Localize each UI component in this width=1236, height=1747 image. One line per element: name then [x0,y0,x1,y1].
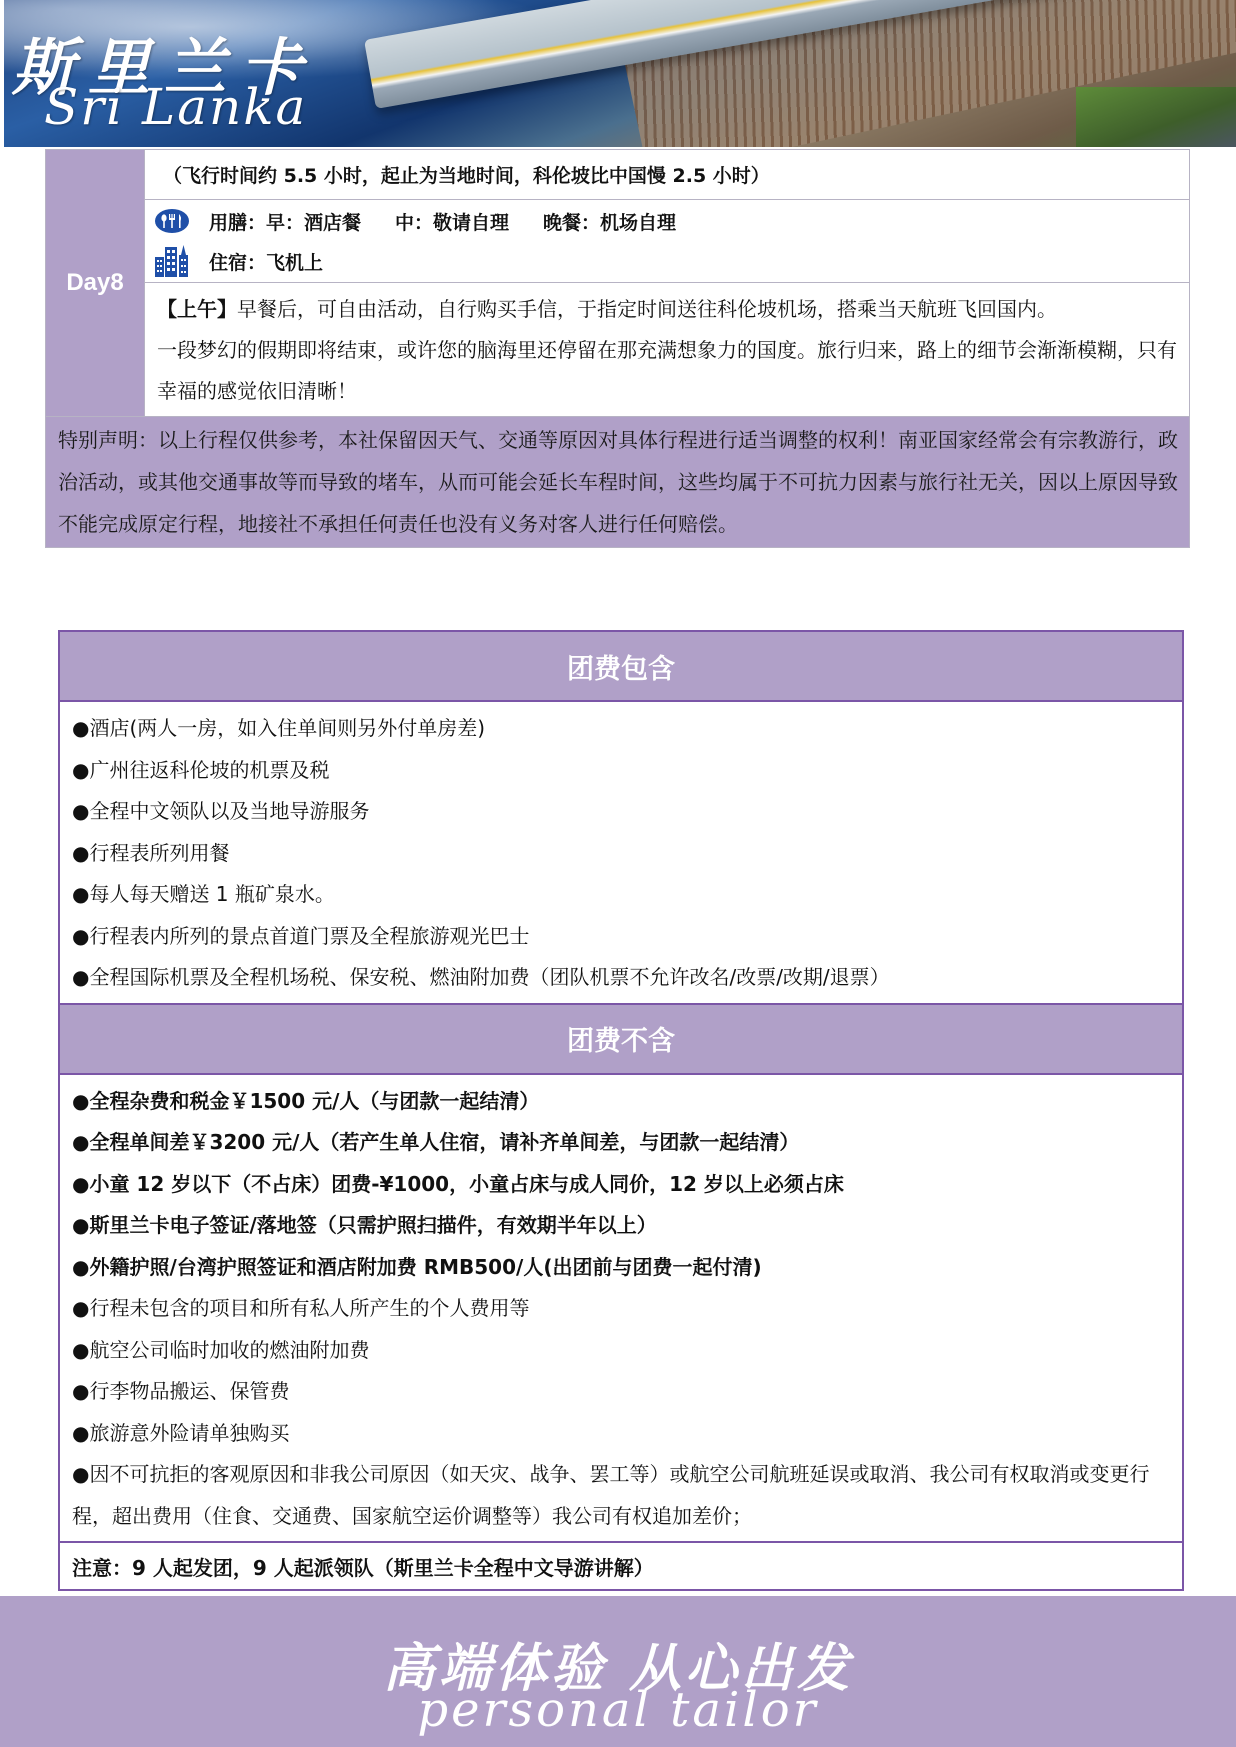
excluded-item: ●外籍护照/台湾护照签证和酒店附加费 RMB500/人(出团前与团费一起付清) [72,1247,1170,1289]
morning-tag: 【上午】 [157,297,237,321]
grass-decoration [1076,87,1236,147]
excluded-item: ●斯里兰卡电子签证/落地签（只需护照扫描件，有效期半年以上） [72,1205,1170,1247]
included-item: ●行程表内所列的景点首道门票及全程旅游观光巴士 [72,916,1170,958]
excluded-item: ●行程未包含的项目和所有私人所产生的个人费用等 [72,1288,1170,1330]
banner-title-en: Sri Lanka [44,78,307,136]
flight-note: （飞行时间约 5.5 小时，起止为当地时间，科伦坡比中国慢 2.5 小时） [145,150,1190,200]
excluded-item: ●行李物品搬运、保管费 [72,1371,1170,1413]
excluded-item: ●小童 12 岁以下（不占床）团费-¥1000，小童占床与成人同价，12 岁以上… [72,1164,1170,1206]
description-line-1: 早餐后，可自由活动，自行购买手信，于指定时间送往科伦坡机场，搭乘当天航班飞回国内… [237,297,1057,321]
meals-row: 用膳： 早：酒店餐 中：敬请自理 晚餐：机场自理 [145,201,1189,241]
excluded-item: ●全程单间差￥3200 元/人（若产生单人住宿，请补齐单间差，与团款一起结清） [72,1122,1170,1164]
included-header: 团费包含 [59,631,1183,701]
excluded-list: ●全程杂费和税金￥1500 元/人（与团款一起结清） ●全程单间差￥3200 元… [59,1074,1183,1543]
included-item: ●广州往返科伦坡的机票及税 [72,750,1170,792]
meals-dinner: 晚餐：机场自理 [543,208,676,235]
description-line-2: 一段梦幻的假期即将结束，或许您的脑海里还停留在那充满想象力的国度。旅行归来，路上… [157,338,1177,403]
included-item: ●全程中文领队以及当地导游服务 [72,791,1170,833]
excluded-item: ●因不可抗拒的客观原因和非我公司原因（如天灾、战争、罢工等）或航空公司航班延误或… [72,1454,1170,1537]
header-banner: 斯里兰卡 Sri Lanka [4,0,1236,147]
excluded-item: ●全程杂费和税金￥1500 元/人（与团款一起结清） [72,1081,1170,1123]
excluded-item: ●航空公司临时加收的燃油附加费 [72,1330,1170,1372]
footer-banner: 高端体验 从心出发 personal tailor [0,1596,1236,1747]
excluded-item: ●旅游意外险请单独购买 [72,1413,1170,1455]
meals-lunch: 中：敬请自理 [395,208,509,235]
excluded-header: 团费不含 [59,1004,1183,1074]
day-label: Day8 [46,150,145,417]
special-notice: 特别声明：以上行程仅供参考，本社保留因天气、交通等原因对具体行程进行适当调整的权… [46,417,1190,548]
lodging-row: 住宿：飞机上 [145,241,1189,281]
included-item: ●全程国际机票及全程机场税、保安税、燃油附加费（团队机票不允许改名/改票/改期/… [72,957,1170,999]
fees-table: 团费包含 ●酒店(两人一房，如入住单间则另外付单房差) ●广州往返科伦坡的机票及… [58,630,1184,1591]
footer-slogan-en: personal tailor [0,1682,1236,1738]
lodging-text: 住宿：飞机上 [209,248,323,275]
hotel-buildings-icon [153,245,191,277]
included-item: ●酒店(两人一房，如入住单间则另外付单房差) [72,708,1170,750]
included-item: ●行程表所列用餐 [72,833,1170,875]
day-description: 【上午】早餐后，可自由活动，自行购买手信，于指定时间送往科伦坡机场，搭乘当天航班… [145,283,1190,417]
included-item: ●每人每天赠送 1 瓶矿泉水。 [72,874,1170,916]
group-size-note: 注意：9 人起发团，9 人起派领队（斯里兰卡全程中文导游讲解） [59,1542,1183,1590]
meals-label: 用膳： [209,208,266,235]
included-list: ●酒店(两人一房，如入住单间则另外付单房差) ●广州往返科伦坡的机票及税 ●全程… [59,701,1183,1004]
meals-breakfast: 早：酒店餐 [266,208,361,235]
dining-icon [153,205,191,237]
day-itinerary-table: Day8 （飞行时间约 5.5 小时，起止为当地时间，科伦坡比中国慢 2.5 小… [45,149,1190,548]
meals-lodging-cell: 用膳： 早：酒店餐 中：敬请自理 晚餐：机场自理 [145,200,1190,283]
